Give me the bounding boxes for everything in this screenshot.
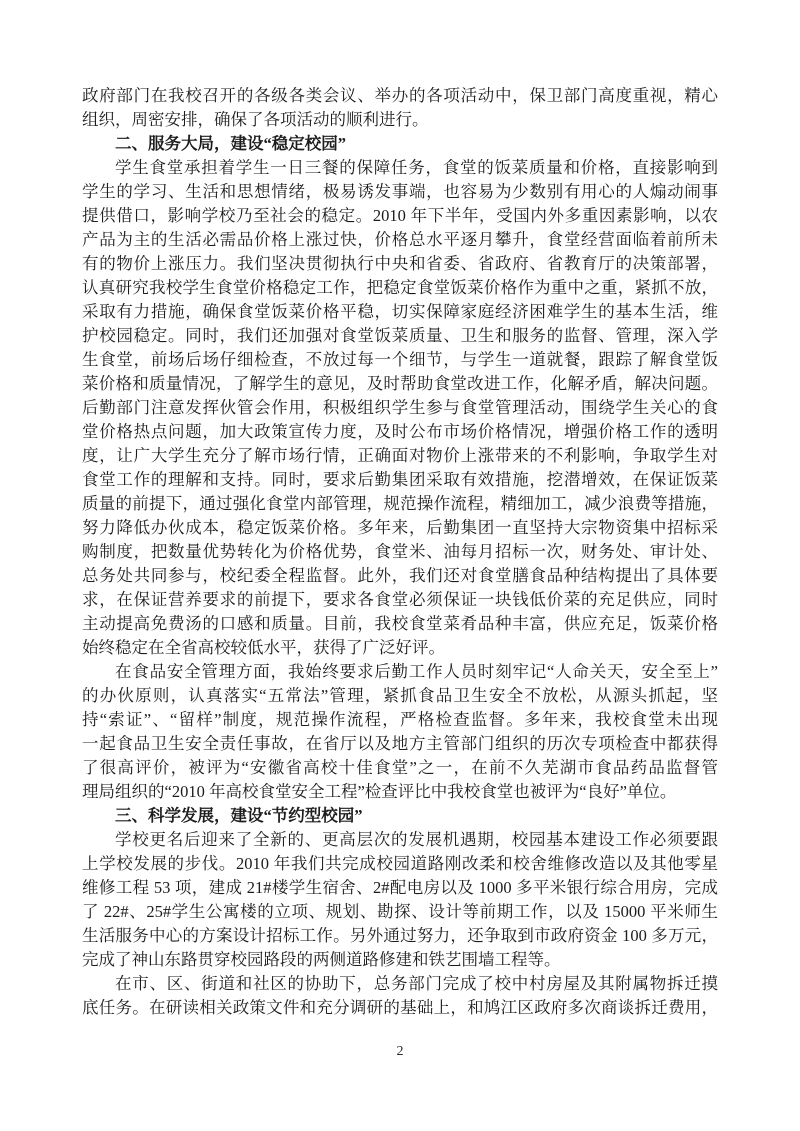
- text-line: 质量的前提下，通过强化食堂内部管理，规范操作流程，精细加工，减少浪费等措施，: [82, 492, 718, 516]
- text-line: 持“索证”、“留样”制度，规范操作流程，严格检查监督。多年来，我校食堂未出现: [82, 708, 718, 732]
- document-body: 政府部门在我校召开的各级各类会议、举办的各项活动中，保卫部门高度重视，精心组织，…: [82, 84, 718, 1020]
- text-line: 提供借口，影响学校乃至社会的稳定。2010 年下半年，受国内外多重因素影响，以农: [82, 204, 718, 228]
- text-line: 一起食品卫生安全责任事故，在省厅以及地方主管部门组织的历次专项检查中都获得: [82, 732, 718, 756]
- text-line: 学生的学习、生活和思想情绪，极易诱发事端，也容易为少数别有用心的人煽动闹事: [82, 180, 718, 204]
- text-line: 采取有力措施，确保食堂饭菜价格平稳，切实保障家庭经济困难学生的基本生活，维: [82, 300, 718, 324]
- text-line: 底任务。在研读相关政策文件和充分调研的基础上，和鸠江区政府多次商谈拆迁费用，: [82, 996, 718, 1020]
- text-line: 度，让广大学生充分了解市场行情，正确面对物价上涨带来的不利影响，争取学生对: [82, 444, 718, 468]
- text-line: 购制度，把数量优势转化为价格优势，食堂米、油每月招标一次，财务处、审计处、: [82, 540, 718, 564]
- text-line: 了很高评价，被评为“安徽省高校十佳食堂”之一，在前不久芜湖市食品药品监督管: [82, 756, 718, 780]
- text-line: 维修工程 53 项，建成 21#楼学生宿舍、2#配电房以及 1000 多平米银行…: [82, 876, 718, 900]
- page-number: 2: [0, 1042, 800, 1062]
- text-line: 理局组织的“2010 年高校食堂安全工程”检查评比中我校食堂也被评为“良好”单位…: [82, 780, 718, 804]
- text-line: 始终稳定在全省高校较低水平，获得了广泛好评。: [82, 636, 718, 660]
- text-line: 努力降低办伙成本，稳定饭菜价格。多年来，后勤集团一直坚持大宗物资集中招标采: [82, 516, 718, 540]
- text-line: 食堂工作的理解和支持。同时，要求后勤集团采取有效措施，挖潜增效，在保证饭菜: [82, 468, 718, 492]
- text-line: 学校更名后迎来了全新的、更高层次的发展机遇期，校园基本建设工作必须要跟: [82, 828, 718, 852]
- document-page: 政府部门在我校召开的各级各类会议、举办的各项活动中，保卫部门高度重视，精心组织，…: [0, 0, 800, 1131]
- text-line: 认真研究我校学生食堂价格稳定工作，把稳定食堂饭菜价格作为重中之重，紧抓不放，: [82, 276, 718, 300]
- text-line: 生食堂，前场后场仔细检查，不放过每一个细节，与学生一道就餐，跟踪了解食堂饭: [82, 348, 718, 372]
- text-line: 的办伙原则，认真落实“五常法”管理，紧抓食品卫生安全不放松，从源头抓起，坚: [82, 684, 718, 708]
- section-heading: 二、服务大局，建设“稳定校园”: [82, 132, 718, 156]
- text-line: 后勤部门注意发挥伙管会作用，积极组织学生参与食堂管理活动，围绕学生关心的食: [82, 396, 718, 420]
- text-line: 总务处共同参与，校纪委全程监督。此外，我们还对食堂膳食品种结构提出了具体要: [82, 564, 718, 588]
- text-line: 菜价格和质量情况，了解学生的意见，及时帮助食堂改进工作，化解矛盾，解决问题。: [82, 372, 718, 396]
- text-line: 产品为主的生活必需品价格上涨过快，价格总水平逐月攀升，食堂经营面临着前所未: [82, 228, 718, 252]
- text-line: 在食品安全管理方面，我始终要求后勤工作人员时刻牢记“人命关天，安全至上”: [82, 660, 718, 684]
- text-line: 完成了神山东路贯穿校园路段的两侧道路修建和铁艺围墙工程等。: [82, 948, 718, 972]
- text-line: 主动提高免费汤的口感和质量。目前，我校食堂菜肴品种丰富，供应充足，饭菜价格: [82, 612, 718, 636]
- text-line: 上学校发展的步伐。2010 年我们共完成校园道路刚改柔和校舍维修改造以及其他零星: [82, 852, 718, 876]
- text-line: 政府部门在我校召开的各级各类会议、举办的各项活动中，保卫部门高度重视，精心: [82, 84, 718, 108]
- text-line: 护校园稳定。同时，我们还加强对食堂饭菜质量、卫生和服务的监督、管理，深入学: [82, 324, 718, 348]
- text-line: 堂价格热点问题，加大政策宣传力度，及时公布市场价格情况，增强价格工作的透明: [82, 420, 718, 444]
- text-line: 在市、区、街道和社区的协助下，总务部门完成了校中村房屋及其附属物拆迁摸: [82, 972, 718, 996]
- text-line: 组织，周密安排，确保了各项活动的顺利进行。: [82, 108, 718, 132]
- text-line: 学生食堂承担着学生一日三餐的保障任务，食堂的饭菜质量和价格，直接影响到: [82, 156, 718, 180]
- text-line: 求，在保证营养要求的前提下，要求各食堂必须保证一块钱低价菜的充足供应，同时: [82, 588, 718, 612]
- section-heading: 三、科学发展，建设“节约型校园”: [82, 804, 718, 828]
- text-line: 了 22#、25#学生公寓楼的立项、规划、勘探、设计等前期工作，以及 15000…: [82, 900, 718, 924]
- text-line: 有的物价上涨压力。我们坚决贯彻执行中央和省委、省政府、省教育厅的决策部署，: [82, 252, 718, 276]
- text-line: 生活服务中心的方案设计招标工作。另外通过努力，还争取到市政府资金 100 多万元…: [82, 924, 718, 948]
